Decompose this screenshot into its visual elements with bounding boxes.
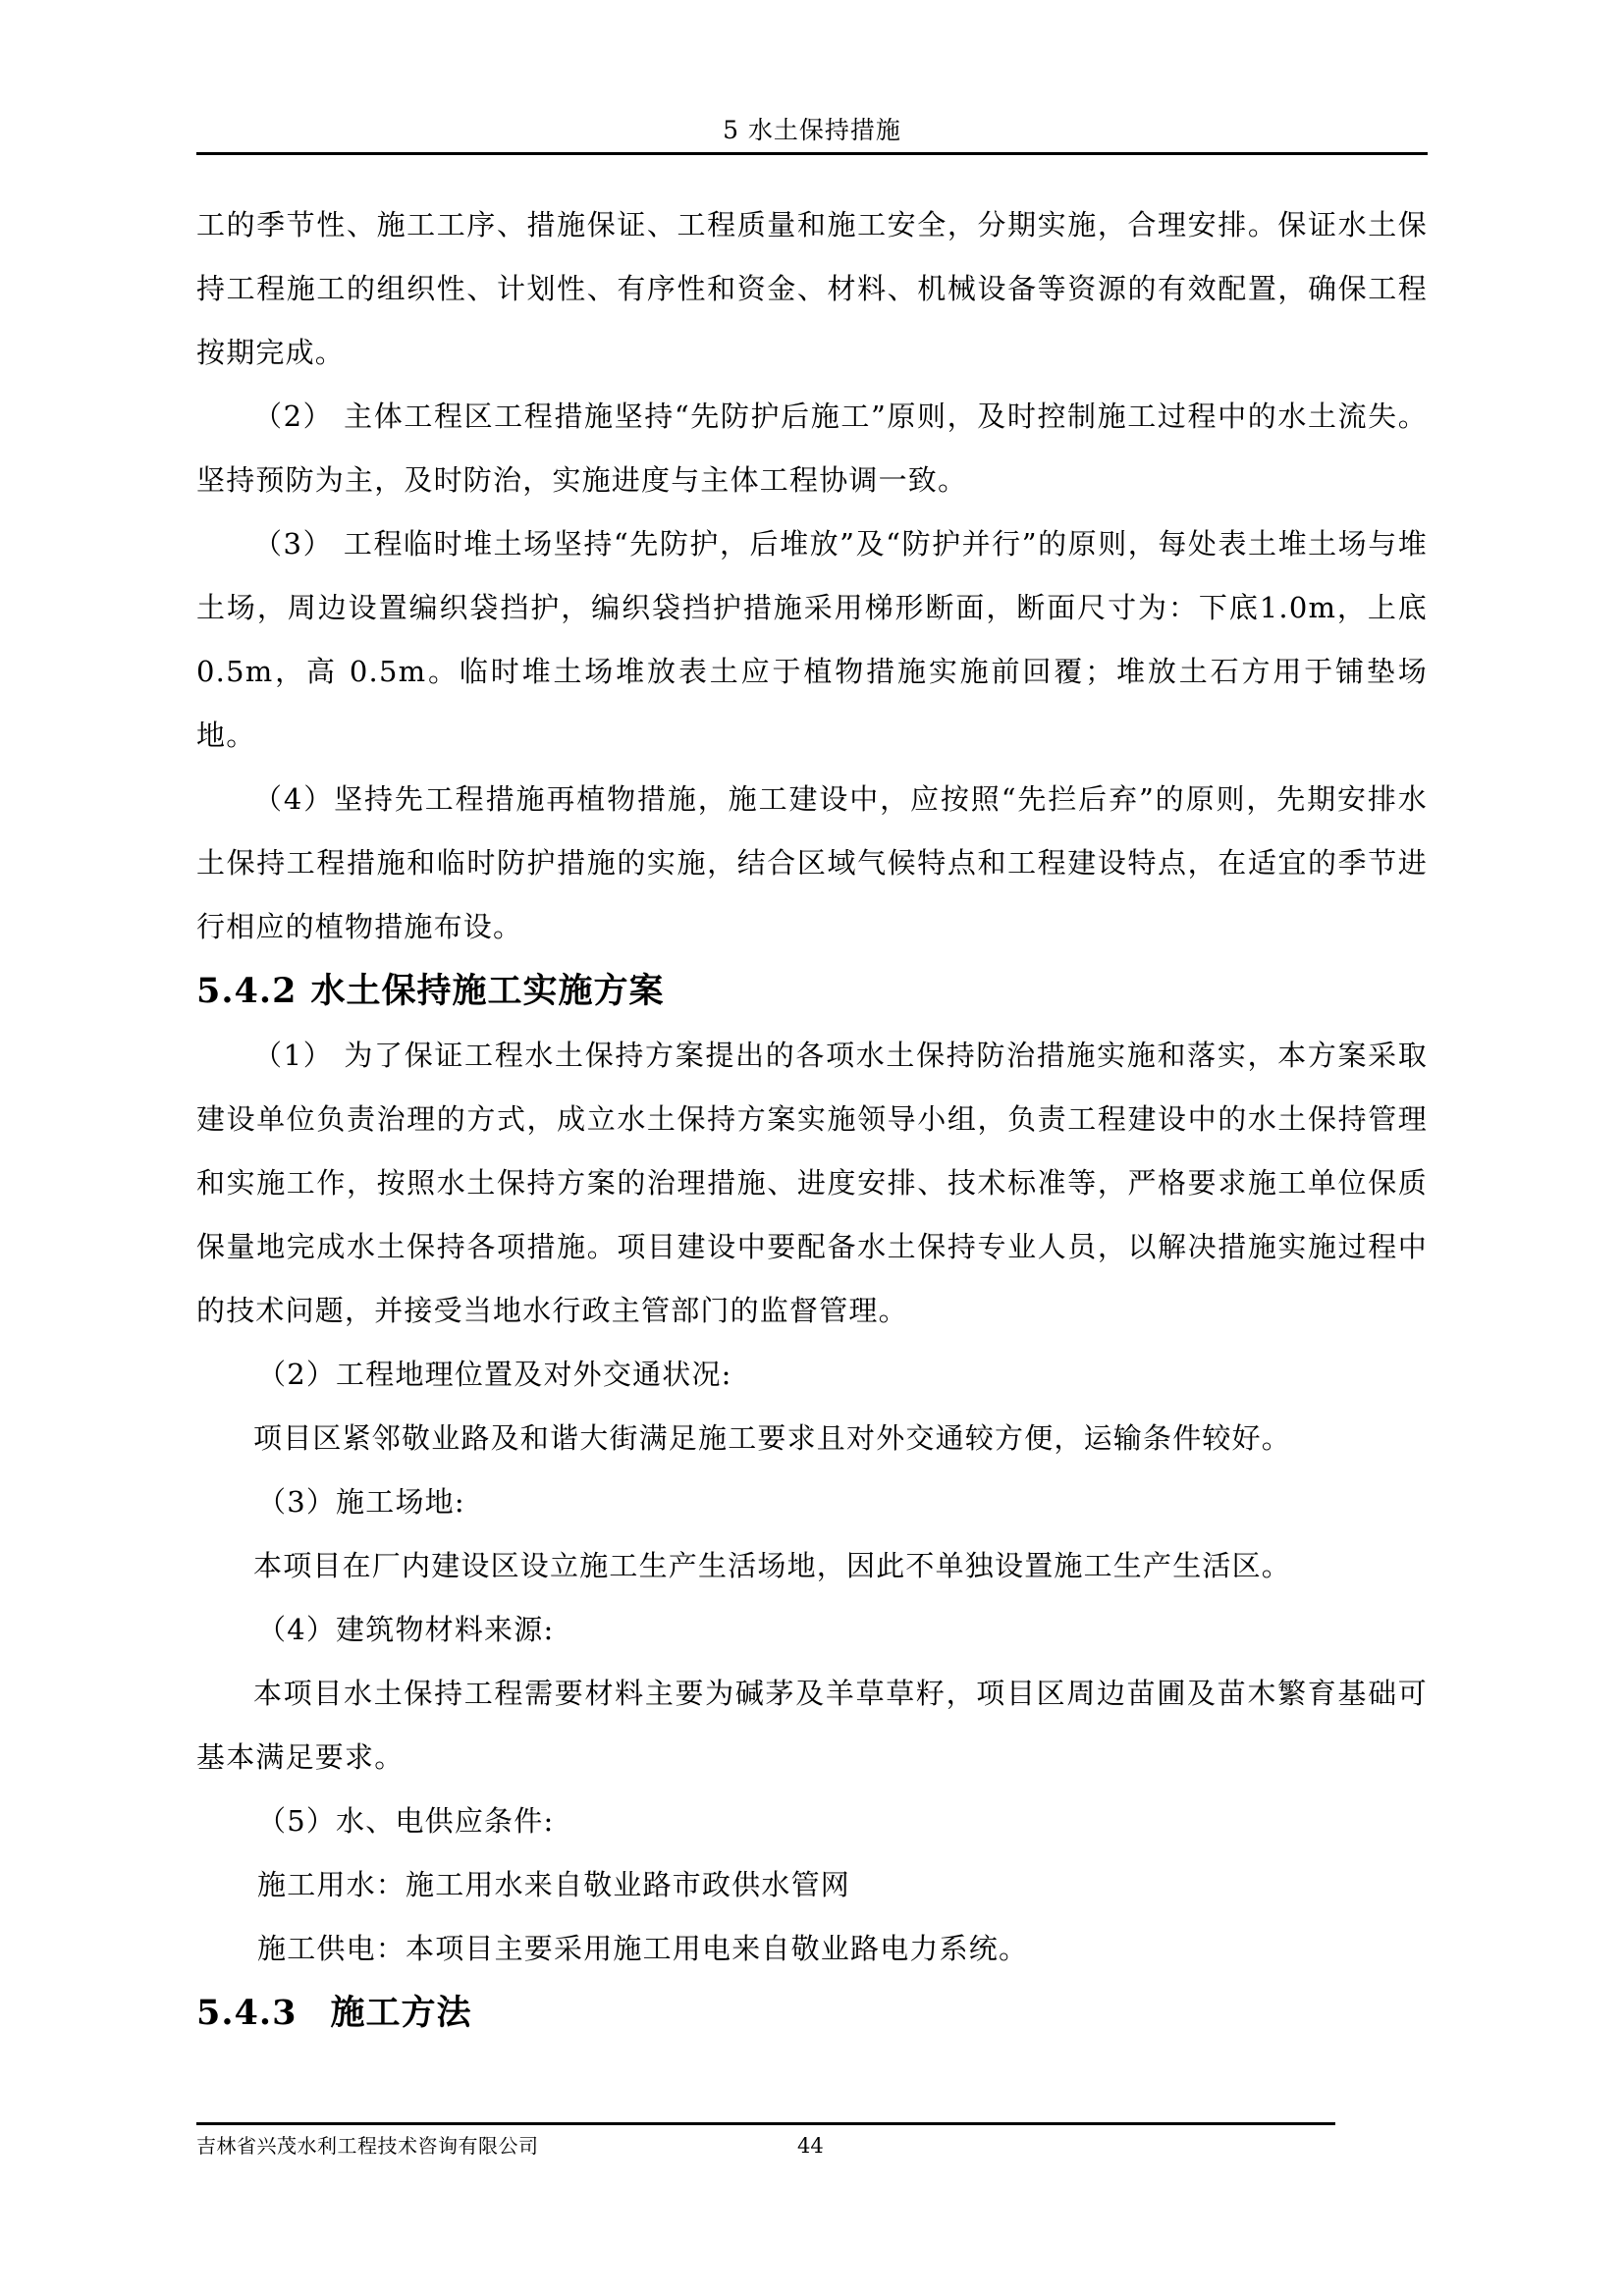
section-number: 5.4.2: [196, 971, 297, 1011]
paragraph-organization: （1） 为了保证工程水土保持方案提出的各项水土保持防治措施实施和落实，本方案采取…: [196, 1024, 1428, 1343]
item-3-text: 本项目在厂内建设区设立施工生产生活场地，因此不单独设置施工生产生活区。: [196, 1534, 1428, 1598]
item-5-power: 施工供电：本项目主要采用施工用电来自敬业路电力系统。: [196, 1917, 1428, 1981]
section-title: 施工方法: [330, 1993, 471, 2033]
section-number: 5.4.3: [196, 1993, 297, 2033]
section-heading-5-4-3: 5.4.3施工方法: [196, 1981, 1428, 2046]
item-2-title: （2）工程地理位置及对外交通状况:: [196, 1343, 1428, 1407]
section-title: 水土保持施工实施方案: [310, 971, 664, 1011]
item-4-text: 本项目水土保持工程需要材料主要为碱茅及羊草草籽，项目区周边苗圃及苗木繁育基础可基…: [196, 1662, 1428, 1789]
page-header: 5 水土保持措施: [196, 110, 1428, 155]
item-4-title: （4）建筑物材料来源:: [196, 1598, 1428, 1662]
footer-company-name: 吉林省兴茂水利工程技术咨询有限公司: [196, 2133, 539, 2159]
paragraph-item-3: （3） 工程临时堆土场坚持“先防护，后堆放”及“防护并行”的原则，每处表土堆土场…: [196, 512, 1428, 768]
item-3-title: （3）施工场地:: [196, 1470, 1428, 1534]
chapter-title: 5 水土保持措施: [196, 116, 1428, 145]
paragraph-item-4: （4）坚持先工程措施再植物措施，施工建设中，应按照“先拦后弃”的原则，先期安排水…: [196, 768, 1428, 959]
paragraph-continuation: 工的季节性、施工工序、措施保证、工程质量和施工安全，分期实施，合理安排。保证水土…: [196, 193, 1428, 385]
item-5-water: 施工用水：施工用水来自敬业路市政供水管网: [196, 1853, 1428, 1917]
item-2-text: 项目区紧邻敬业路及和谐大街满足施工要求且对外交通较方便，运输条件较好。: [196, 1407, 1428, 1470]
page-number: 44: [797, 2133, 824, 2159]
page-content: 工的季节性、施工工序、措施保证、工程质量和施工安全，分期实施，合理安排。保证水土…: [196, 193, 1428, 2046]
paragraph-item-2: （2） 主体工程区工程措施坚持“先防护后施工”原则，及时控制施工过程中的水土流失…: [196, 385, 1428, 512]
item-5-title: （5）水、电供应条件:: [196, 1789, 1428, 1853]
page-footer: 吉林省兴茂水利工程技术咨询有限公司 44: [196, 2122, 1335, 2125]
section-heading-5-4-2: 5.4.2水土保持施工实施方案: [196, 959, 1428, 1024]
